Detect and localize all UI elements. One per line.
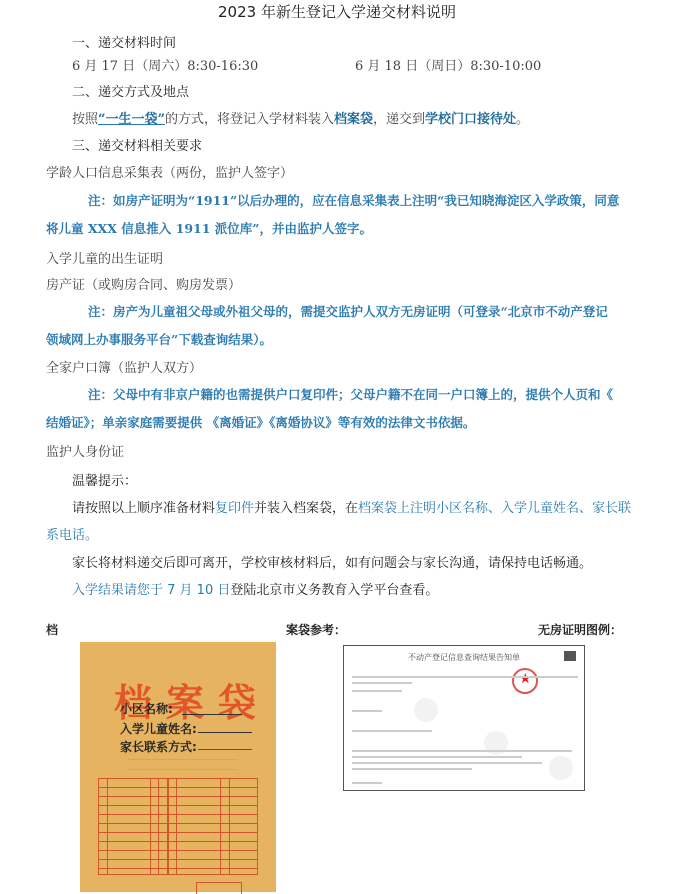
certificate-text-line (352, 756, 522, 758)
envelope-field-community: 小区名称: (120, 700, 173, 717)
requirement-item-id: 监护人身份证 (46, 441, 124, 460)
envelope-line (182, 714, 242, 715)
envelope-image: 档案袋 小区名称: 入学儿童姓名: 家长联系方式: (80, 642, 276, 892)
note-property-line1: 注：房产为儿童祖父母或外祖父母的，需提交监护人双方无房证明（可登录“北京市不动产… (88, 302, 608, 320)
tips-line3: 家长将材料递交后即可离开，学校审核材料后，如有问题会与家长沟通，请保持电话畅通。 (72, 552, 592, 571)
requirement-item-birth-cert: 入学儿童的出生证明 (46, 248, 163, 267)
certificate-title: 不动产登记信息查询结果告知单 (344, 652, 584, 663)
section-heading-requirements: 三、递交材料相关要求 (72, 135, 202, 154)
watermark-icon (549, 756, 573, 780)
certificate-text-line (352, 682, 412, 684)
tips-line4: 入学结果请您于 7 月 10 日登陆北京市义务教育入学平台查看。 (72, 579, 438, 598)
envelope-field-child-name: 入学儿童姓名: (120, 720, 197, 737)
requirement-item-property: 房产证（或购房合同、购房发票） (46, 274, 241, 293)
envelope-small-line (128, 759, 238, 760)
note-property-line2: 领域网上办事服务平台”下载查询结果）。 (46, 330, 272, 348)
caption-envelope-reference: 案袋参考： (286, 621, 346, 638)
certificate-text-line (352, 782, 382, 784)
certificate-logo-icon (564, 651, 576, 661)
tips-line1-text2: 并装入档案袋，在 (254, 501, 358, 516)
envelope-line (198, 749, 252, 750)
tips-line1-text: 请按照以上顺序准备材料 (72, 501, 215, 516)
certificate-text-line (352, 750, 572, 752)
certificate-text-line (352, 762, 542, 764)
method-mid: 的方式，将登记入学材料装入 (165, 112, 334, 127)
result-date-highlight: 入学结果请您于 7 月 10 日 (72, 583, 230, 598)
method-mid2: ，递交到 (373, 112, 425, 127)
time-day1: 6 月 17 日（周六）8:30-16:30 (72, 55, 258, 74)
method-highlight-envelope: 档案袋 (334, 112, 373, 127)
caption-no-house-example: 无房证明图例： (538, 621, 622, 638)
note-1911-line2: 将儿童 XXX 信息推入 1911 派位库”，并由监护人签字。 (46, 219, 372, 237)
tips-heading: 温馨提示： (72, 470, 137, 489)
certificate-text-line (352, 690, 402, 692)
note-hukou-line2: 结婚证》；单亲家庭需要提供 《离婚证》《离婚协议》等有效的法律文书依据。 (46, 413, 475, 431)
certificate-text-line (352, 676, 578, 678)
envelope-small-line (128, 769, 238, 770)
method-paragraph: 按照“一生一袋”的方式，将登记入学材料装入档案袋，递交到学校门口接待处。 (72, 108, 529, 127)
watermark-icon (414, 698, 438, 722)
tips-copy-highlight: 复印件 (215, 501, 254, 516)
envelope-line (198, 732, 252, 733)
tips-label-highlight: 档案袋上注明小区名称、入学儿童姓名、家长联 (358, 501, 631, 516)
tips-line4-text: 登陆北京市义务教育入学平台查看。 (230, 583, 438, 598)
envelope-stamp-box (196, 882, 242, 894)
certificate-text-line (352, 730, 432, 732)
certificate-text-line (352, 768, 472, 770)
note-hukou-line1: 注：父母中有非京户籍的也需提供户口复印件；父母户籍不在同一户口簿上的，提供个人页… (88, 385, 613, 403)
tips-line2: 系电话。 (46, 524, 98, 543)
certificate-text-line (352, 710, 382, 712)
note-1911-line1: 注：如房产证明为“1911”以后办理的，应在信息采集表上注明“我已知晓海淀区入学… (88, 191, 619, 209)
envelope-table-grid (98, 778, 258, 875)
section-heading-method: 二、递交方式及地点 (72, 81, 189, 100)
method-suffix: 。 (516, 112, 529, 127)
page-title: 2023 年新生登记入学递交材料说明 (0, 1, 674, 22)
method-prefix: 按照 (72, 112, 98, 127)
requirement-item-form: 学龄人口信息采集表（两份，监护人签字） (46, 162, 293, 181)
official-seal-icon: ★ (512, 668, 538, 694)
method-highlight-reception: 学校门口接待处 (425, 112, 516, 127)
caption-left: 档 (46, 621, 58, 638)
envelope-field-contact: 家长联系方式: (120, 738, 197, 755)
no-house-certificate-image: 不动产登记信息查询结果告知单 ★ (343, 645, 585, 791)
time-day2: 6 月 18 日（周日）8:30-10:00 (355, 55, 541, 74)
requirement-item-hukou: 全家户口簿（监护人双方） (46, 357, 202, 376)
section-heading-time: 一、递交材料时间 (72, 32, 176, 51)
method-highlight-one-bag: “一生一袋” (98, 112, 165, 127)
tips-line1: 请按照以上顺序准备材料复印件并装入档案袋，在档案袋上注明小区名称、入学儿童姓名、… (72, 497, 631, 516)
